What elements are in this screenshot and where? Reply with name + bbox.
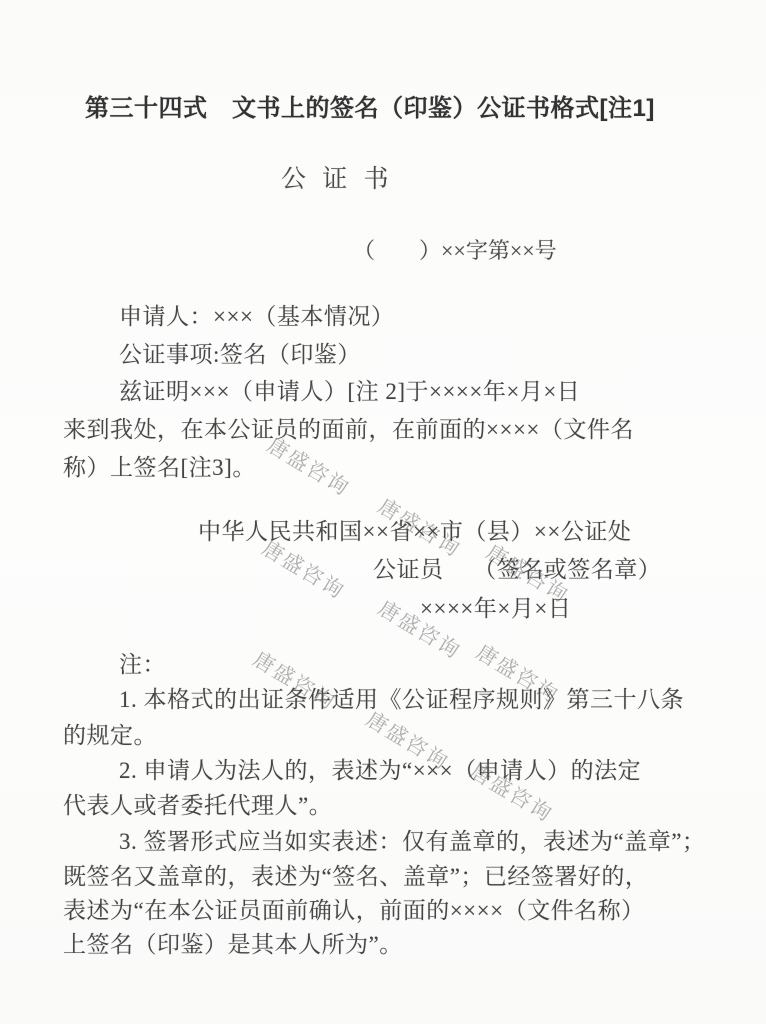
page-title: 第三十四式 文书上的签名（印鉴）公证书格式[注1] <box>85 88 655 123</box>
certify-line-2: 来到我处，在本公证员的面前，在前面的××××（文件名 <box>63 417 634 443</box>
note-3-line-4: 上签名（印鉴）是其本人所为”。 <box>63 932 403 958</box>
note-3-line-1: 3. 签署形式应当如实表述：仅有盖章的，表述为“盖章”； <box>119 829 705 855</box>
document-page: 唐盛咨询唐盛咨询唐盛咨询唐盛咨询唐盛咨询唐盛咨询唐盛咨询唐盛咨询唐盛咨询 第三十… <box>0 0 766 1024</box>
doc-number: （ ）××字第××号 <box>353 234 557 265</box>
notary-signature-line: 公证员 （签名或签名章） <box>373 557 661 583</box>
notary-office-line: 中华人民共和国××省××市（县）××公证处 <box>198 519 631 545</box>
matter-line: 公证事项:签名（印鉴） <box>119 342 361 368</box>
note-1-line-2: 的规定。 <box>63 723 157 749</box>
applicant-line: 申请人：×××（基本情况） <box>119 304 394 330</box>
notes-label: 注： <box>119 652 166 678</box>
note-2-line-2: 代表人或者委托代理人”。 <box>63 793 332 819</box>
note-3-line-3: 表述为“在本公证员面前确认，前面的××××（文件名称） <box>63 898 645 924</box>
certify-line-3: 称）上签名[注3]。 <box>63 455 256 481</box>
certify-line-1: 兹证明×××（申请人）[注 2]于××××年×月×日 <box>119 379 580 405</box>
date-line: ××××年×月×日 <box>420 596 571 622</box>
certificate-heading: 公 证 书 <box>281 159 392 195</box>
note-1-line-1: 1. 本格式的出证条件适用《公证程序规则》第三十八条 <box>119 687 684 713</box>
note-2-line-1: 2. 申请人为法人的，表述为“×××（申请人）的法定 <box>119 758 641 784</box>
note-3-line-2: 既签名又盖章的，表述为“签名、盖章”；已经签署好的， <box>63 864 648 890</box>
